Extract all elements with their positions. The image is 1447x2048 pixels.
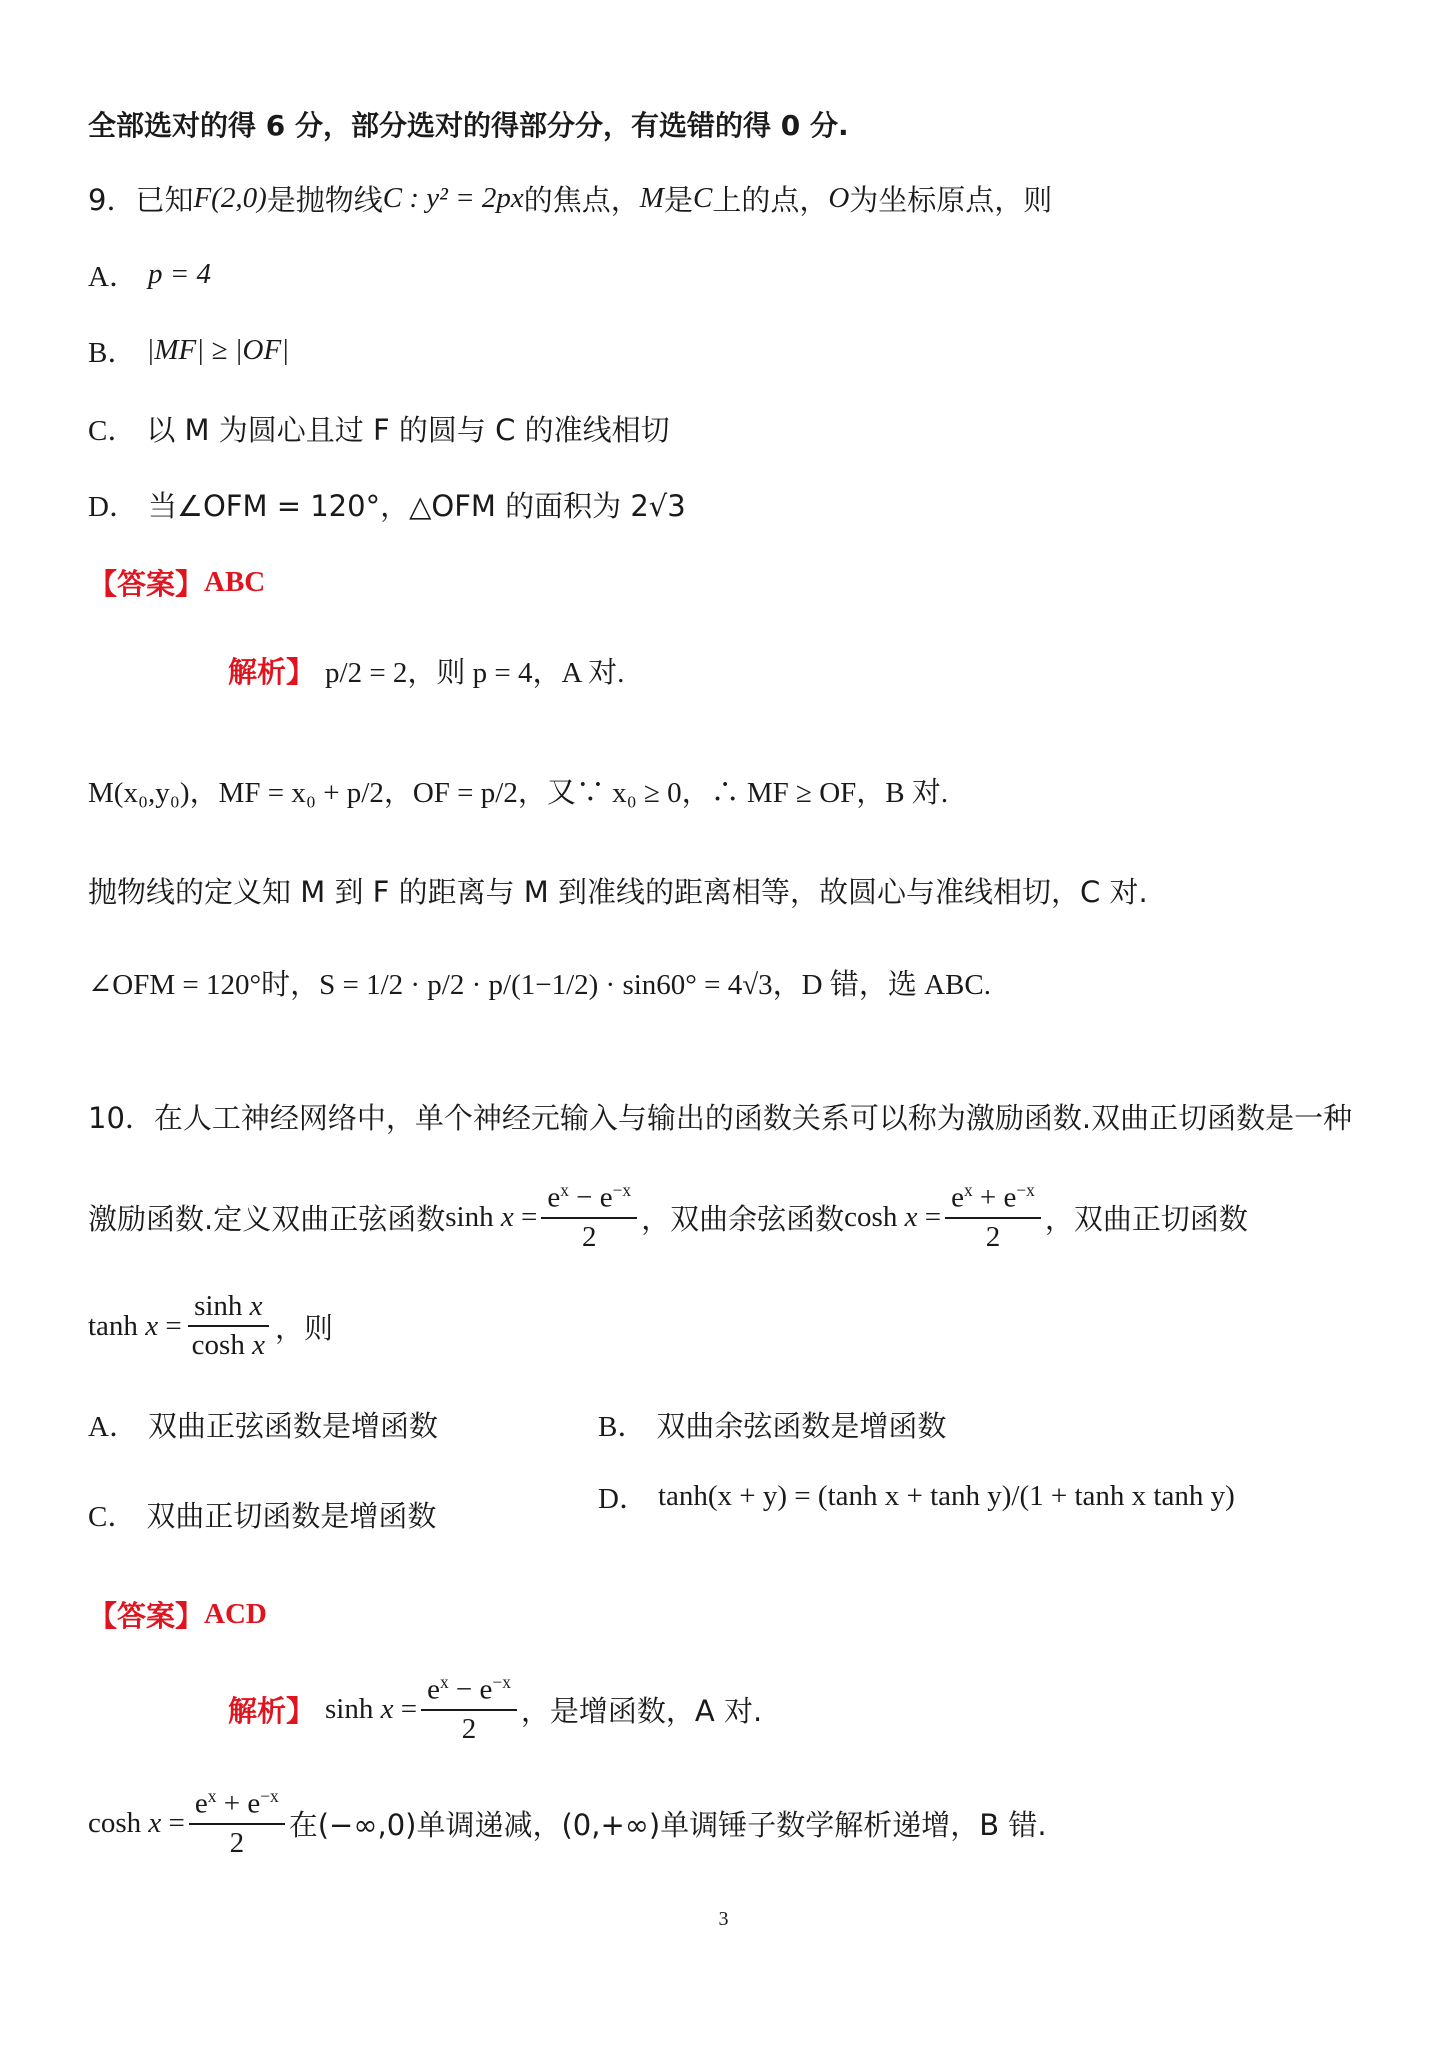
option-text: 当∠OFM = 120°，△OFM 的面积为 2√3 <box>148 484 686 525</box>
analysis-text: p/2 = 2，则 p = 4，A 对. <box>325 650 624 691</box>
q10-stem-text: ，双曲余弦函数 <box>641 1197 844 1238</box>
q9-math-focus: F(2,0) <box>193 182 266 215</box>
analysis-text: 在(−∞,0)单调递减，(0,+∞)单调锤子数学解析递增，B 错. <box>289 1803 1047 1844</box>
q10-analysis-line1: 解析】 sinh x = ex − e−x2 ，是增函数，A 对. <box>228 1672 762 1746</box>
q9-stem-text: 为坐标原点，则 <box>849 178 1052 219</box>
option-label: D． <box>598 1476 648 1517</box>
q10-option-b: B． 双曲余弦函数是增函数 <box>598 1404 946 1445</box>
q9-math-parabola: C : y² = 2px <box>383 182 524 215</box>
analysis-text: ∠OFM = 120°时，S = 1/2 · p/2 · p/(1−1/2) ·… <box>88 962 991 1003</box>
q9-stem: 9．已知 F(2,0) 是抛物线 C : y² = 2px 的焦点， M 是 C… <box>88 178 1052 219</box>
q10-stem-line1: 10．在人工神经网络中，单个神经元输入与输出的函数关系可以称为激励函数.双曲正切… <box>88 1096 1352 1137</box>
cosh-fraction: ex + e−x2 <box>189 1786 285 1860</box>
answer-label: 【答案】 <box>88 1594 204 1635</box>
q10-stem-text: 激励函数.定义双曲正弦函数 <box>88 1197 445 1238</box>
q9-stem-text: 的焦点， <box>524 178 640 219</box>
q9-option-d: D． 当∠OFM = 120°，△OFM 的面积为 2√3 <box>88 484 686 525</box>
option-label: B． <box>88 330 136 371</box>
q9-option-b: B． |MF| ≥ |OF| <box>88 330 289 371</box>
sinh-fraction: ex − e−x2 <box>541 1180 637 1254</box>
q10-stem-text: ，双曲正切函数 <box>1045 1197 1248 1238</box>
q10-option-a: A． 双曲正弦函数是增函数 <box>88 1404 438 1445</box>
q9-analysis-line4: ∠OFM = 120°时，S = 1/2 · p/2 · p/(1−1/2) ·… <box>88 962 991 1003</box>
q10-stem-text: ，则 <box>275 1306 333 1347</box>
option-text: tanh(x + y) = (tanh x + tanh y)/(1 + tan… <box>658 1480 1235 1513</box>
q9-math-m: M <box>640 182 664 215</box>
cosh-fraction: ex + e−x2 <box>945 1180 1041 1254</box>
option-text: p = 4 <box>148 258 211 291</box>
q10-stem-line3: tanh x = sinh xcosh x ，则 <box>88 1290 333 1363</box>
q9-option-a: A． p = 4 <box>88 254 211 295</box>
tanh-fraction: sinh xcosh x <box>186 1290 271 1363</box>
answer-value: ABC <box>204 566 265 599</box>
option-label: C． <box>88 1494 136 1535</box>
q10-analysis-line2: cosh x = ex + e−x2 在(−∞,0)单调递减，(0,+∞)单调锤… <box>88 1786 1047 1860</box>
q9-math-c: C <box>693 182 712 215</box>
scoring-note: 全部选对的得 6 分，部分选对的得部分分，有选错的得 0 分. <box>88 104 849 144</box>
analysis-text: M(x₀,y₀)，MF = x₀ + p/2，OF = p/2，又∵ x₀ ≥ … <box>88 770 948 811</box>
option-label: B． <box>598 1404 646 1445</box>
option-text: 双曲余弦函数是增函数 <box>656 1404 946 1445</box>
option-label: C． <box>88 408 136 449</box>
q9-answer: 【答案】 ABC <box>88 562 265 603</box>
answer-value: ACD <box>204 1598 267 1631</box>
q10-answer: 【答案】 ACD <box>88 1594 267 1635</box>
option-text: 双曲正弦函数是增函数 <box>148 1404 438 1445</box>
analysis-label: 解析】 <box>228 1689 315 1730</box>
option-text: 以 M 为圆心且过 F 的圆与 C 的准线相切 <box>146 408 669 449</box>
option-text: 双曲正切函数是增函数 <box>146 1494 436 1535</box>
q9-math-o: O <box>828 182 849 215</box>
q9-option-c: C． 以 M 为圆心且过 F 的圆与 C 的准线相切 <box>88 408 670 449</box>
analysis-text: ，是增函数，A 对. <box>521 1689 762 1730</box>
analysis-label: 解析】 <box>228 650 315 691</box>
q9-stem-prefix: 9．已知 <box>88 178 193 219</box>
q9-analysis-line1: 解析】 p/2 = 2，则 p = 4，A 对. <box>228 650 624 691</box>
answer-label: 【答案】 <box>88 562 204 603</box>
option-label: A． <box>88 254 138 295</box>
page-number: 3 <box>0 1908 1447 1931</box>
q10-stem-text: 10．在人工神经网络中，单个神经元输入与输出的函数关系可以称为激励函数.双曲正切… <box>88 1096 1352 1137</box>
option-label: D． <box>88 484 138 525</box>
q9-stem-text: 是抛物线 <box>267 178 383 219</box>
option-text: |MF| ≥ |OF| <box>146 334 289 367</box>
q9-analysis-line3: 抛物线的定义知 M 到 F 的距离与 M 到准线的距离相等，故圆心与准线相切，C… <box>88 870 1148 911</box>
option-label: A． <box>88 1404 138 1445</box>
q9-stem-text: 是 <box>664 178 693 219</box>
q10-stem-line2: 激励函数.定义双曲正弦函数 sinh x = ex − e−x2 ，双曲余弦函数… <box>88 1180 1248 1254</box>
q9-stem-text: 上的点， <box>712 178 828 219</box>
q10-option-d: D． tanh(x + y) = (tanh x + tanh y)/(1 + … <box>598 1476 1235 1517</box>
sinh-fraction: ex − e−x2 <box>421 1672 517 1746</box>
q9-analysis-line2: M(x₀,y₀)，MF = x₀ + p/2，OF = p/2，又∵ x₀ ≥ … <box>88 770 948 811</box>
q10-option-c: C． 双曲正切函数是增函数 <box>88 1494 436 1535</box>
analysis-text: 抛物线的定义知 M 到 F 的距离与 M 到准线的距离相等，故圆心与准线相切，C… <box>88 870 1148 911</box>
